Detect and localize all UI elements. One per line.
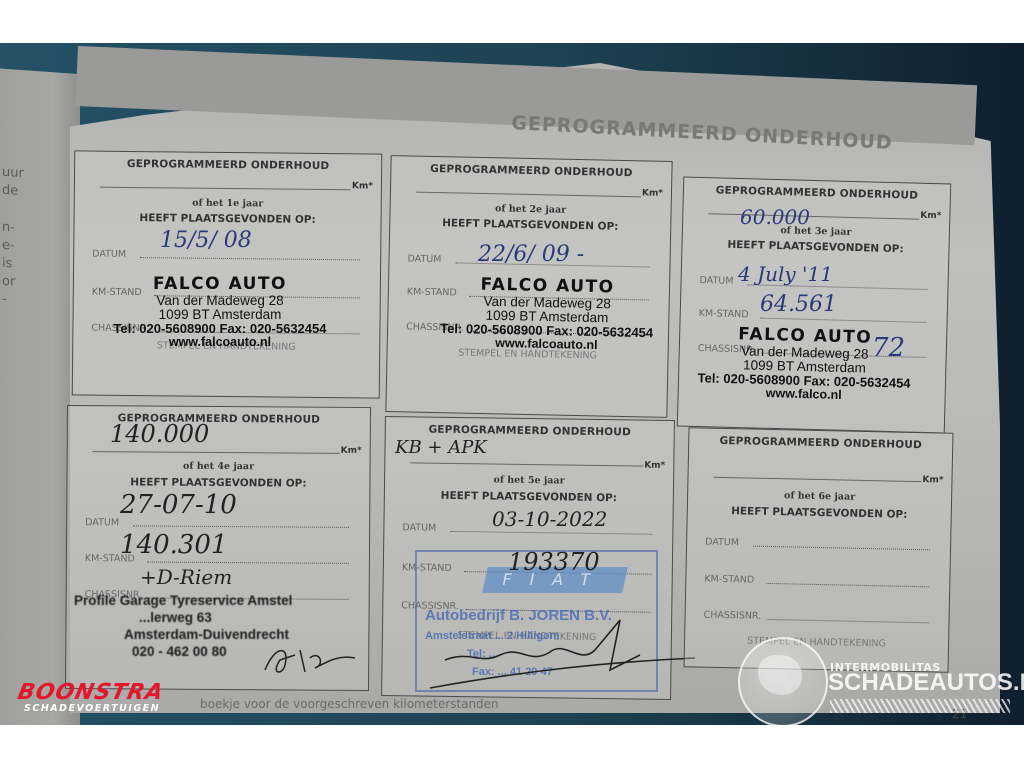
handwritten-km-target: 140.000 xyxy=(110,420,209,448)
handwritten-km-target: 60.000 xyxy=(740,205,810,229)
handwritten-date: 15/5/ 08 xyxy=(160,228,252,253)
year-label: of het 2e jaar xyxy=(391,201,671,218)
stamp-address: Van der Madeweg 28 xyxy=(75,294,365,308)
watermark-title: SCHADEAUTOS.NL xyxy=(828,669,1024,697)
km-target-line xyxy=(100,187,351,191)
held-on-label: HEEFT PLAATSGEVONDEN OP: xyxy=(67,476,369,490)
handwritten-date: 27-07-10 xyxy=(120,490,237,520)
chassis-label: CHASSISNR. xyxy=(703,610,761,622)
held-on-label: HEEFT PLAATSGEVONDEN OP: xyxy=(688,504,951,522)
falco-logo: FALCO AUTO xyxy=(75,276,365,294)
handwritten-km-target: KB + APK xyxy=(395,437,487,458)
km-target-line xyxy=(416,192,641,198)
chassis-field: CHASSISNR. xyxy=(703,605,928,626)
km-target-line xyxy=(410,462,643,466)
handwritten-date: 22/6/ 09 - xyxy=(478,242,584,267)
km-stand-label: KM-STAND xyxy=(704,574,754,586)
falco-stamp: FALCO AUTO Van der Madeweg 28 1099 BT Am… xyxy=(75,276,365,349)
km-stand-label: KM-STAND xyxy=(699,308,749,320)
left-page-text: or xyxy=(2,273,15,292)
stamp-name: Profile Garage Tyreservice Amstel xyxy=(74,592,292,609)
date-label: DATUM xyxy=(705,537,739,549)
globe-icon xyxy=(738,637,828,727)
left-page-text: de xyxy=(2,182,18,201)
service-entry-6: GEPROGRAMMEERD ONDERHOUD Km* of het 6e j… xyxy=(684,427,954,672)
boonstra-logo: BOONSTRA SCHADEVOERTUIGEN xyxy=(18,680,163,714)
date-label: DATUM xyxy=(407,253,441,265)
held-on-label: HEEFT PLAATSGEVONDEN OP: xyxy=(75,211,381,226)
signature-icon xyxy=(410,610,700,690)
held-on-label: HEEFT PLAATSGEVONDEN OP: xyxy=(390,216,670,234)
km-unit: Km* xyxy=(644,461,665,471)
left-page-text: e- xyxy=(2,237,15,256)
handwritten-km-reading: 64.561 xyxy=(760,292,837,317)
km-stand-field: KM-STAND xyxy=(704,569,929,590)
falco-stamp: FALCO AUTO Van der Madeweg 28 1099 BT Am… xyxy=(417,275,676,353)
handwritten-date: 4 July '11 xyxy=(738,262,833,286)
page-footer-note: boekje voor de voorgeschreven kilometers… xyxy=(200,697,499,711)
date-label: DATUM xyxy=(92,249,126,260)
boonstra-name: BOONSTRA xyxy=(15,680,166,705)
stamp-label: STEMPEL EN HANDTEKENING xyxy=(685,634,948,651)
signature-icon xyxy=(255,640,365,680)
date-label: DATUM xyxy=(402,522,436,533)
entry-title: GEPROGRAMMEERD ONDERHOUD xyxy=(689,434,952,452)
km-unit: Km* xyxy=(341,446,362,456)
handwritten-km-reading: 193370 xyxy=(508,548,600,576)
stamp-phone: Tel: 020-5608900 Fax: 020-5632454 xyxy=(75,322,365,336)
stamp-website: www.falcoauto.nl xyxy=(75,336,365,349)
year-label: of het 6e jaar xyxy=(688,488,951,505)
km-unit: Km* xyxy=(920,211,941,222)
left-page-text: n- xyxy=(2,219,15,238)
km-unit: Km* xyxy=(642,188,663,198)
left-page-text: is xyxy=(2,255,12,274)
left-page-text: - xyxy=(2,291,7,309)
handwritten-note: +D-Riem xyxy=(140,565,232,589)
left-page-text: uur xyxy=(2,164,24,184)
year-label: of het 5e jaar xyxy=(385,473,673,488)
watermark-stripes xyxy=(830,699,1010,713)
handwritten-date: 03-10-2022 xyxy=(492,507,607,531)
km-target-line xyxy=(713,477,921,482)
stamp-city: 1099 BT Amsterdam xyxy=(75,308,365,322)
date-field: DATUM xyxy=(705,532,930,553)
km-unit: Km* xyxy=(352,181,373,191)
held-on-label: HEEFT PLAATSGEVONDEN OP: xyxy=(682,238,948,257)
entry-title: GEPROGRAMMEERD ONDERHOUD xyxy=(391,162,671,180)
entry-title: GEPROGRAMMEERD ONDERHOUD xyxy=(75,157,381,172)
year-label: of het 4e jaar xyxy=(68,460,370,473)
year-label: of het 1e jaar xyxy=(75,196,381,210)
handwritten-km-reading: 140.301 xyxy=(120,530,228,560)
stamp-address: ...lerweg 63 xyxy=(74,609,292,626)
km-target-line xyxy=(93,451,340,454)
km-unit: Km* xyxy=(922,475,943,485)
date-label: DATUM xyxy=(699,275,733,287)
entry-title: GEPROGRAMMEERD ONDERHOUD xyxy=(684,184,950,203)
date-label: DATUM xyxy=(85,517,119,528)
held-on-label: HEEFT PLAATSGEVONDEN OP: xyxy=(385,489,673,505)
falco-stamp: FALCO AUTO Van der Madeweg 28 1099 BT Am… xyxy=(681,325,928,404)
